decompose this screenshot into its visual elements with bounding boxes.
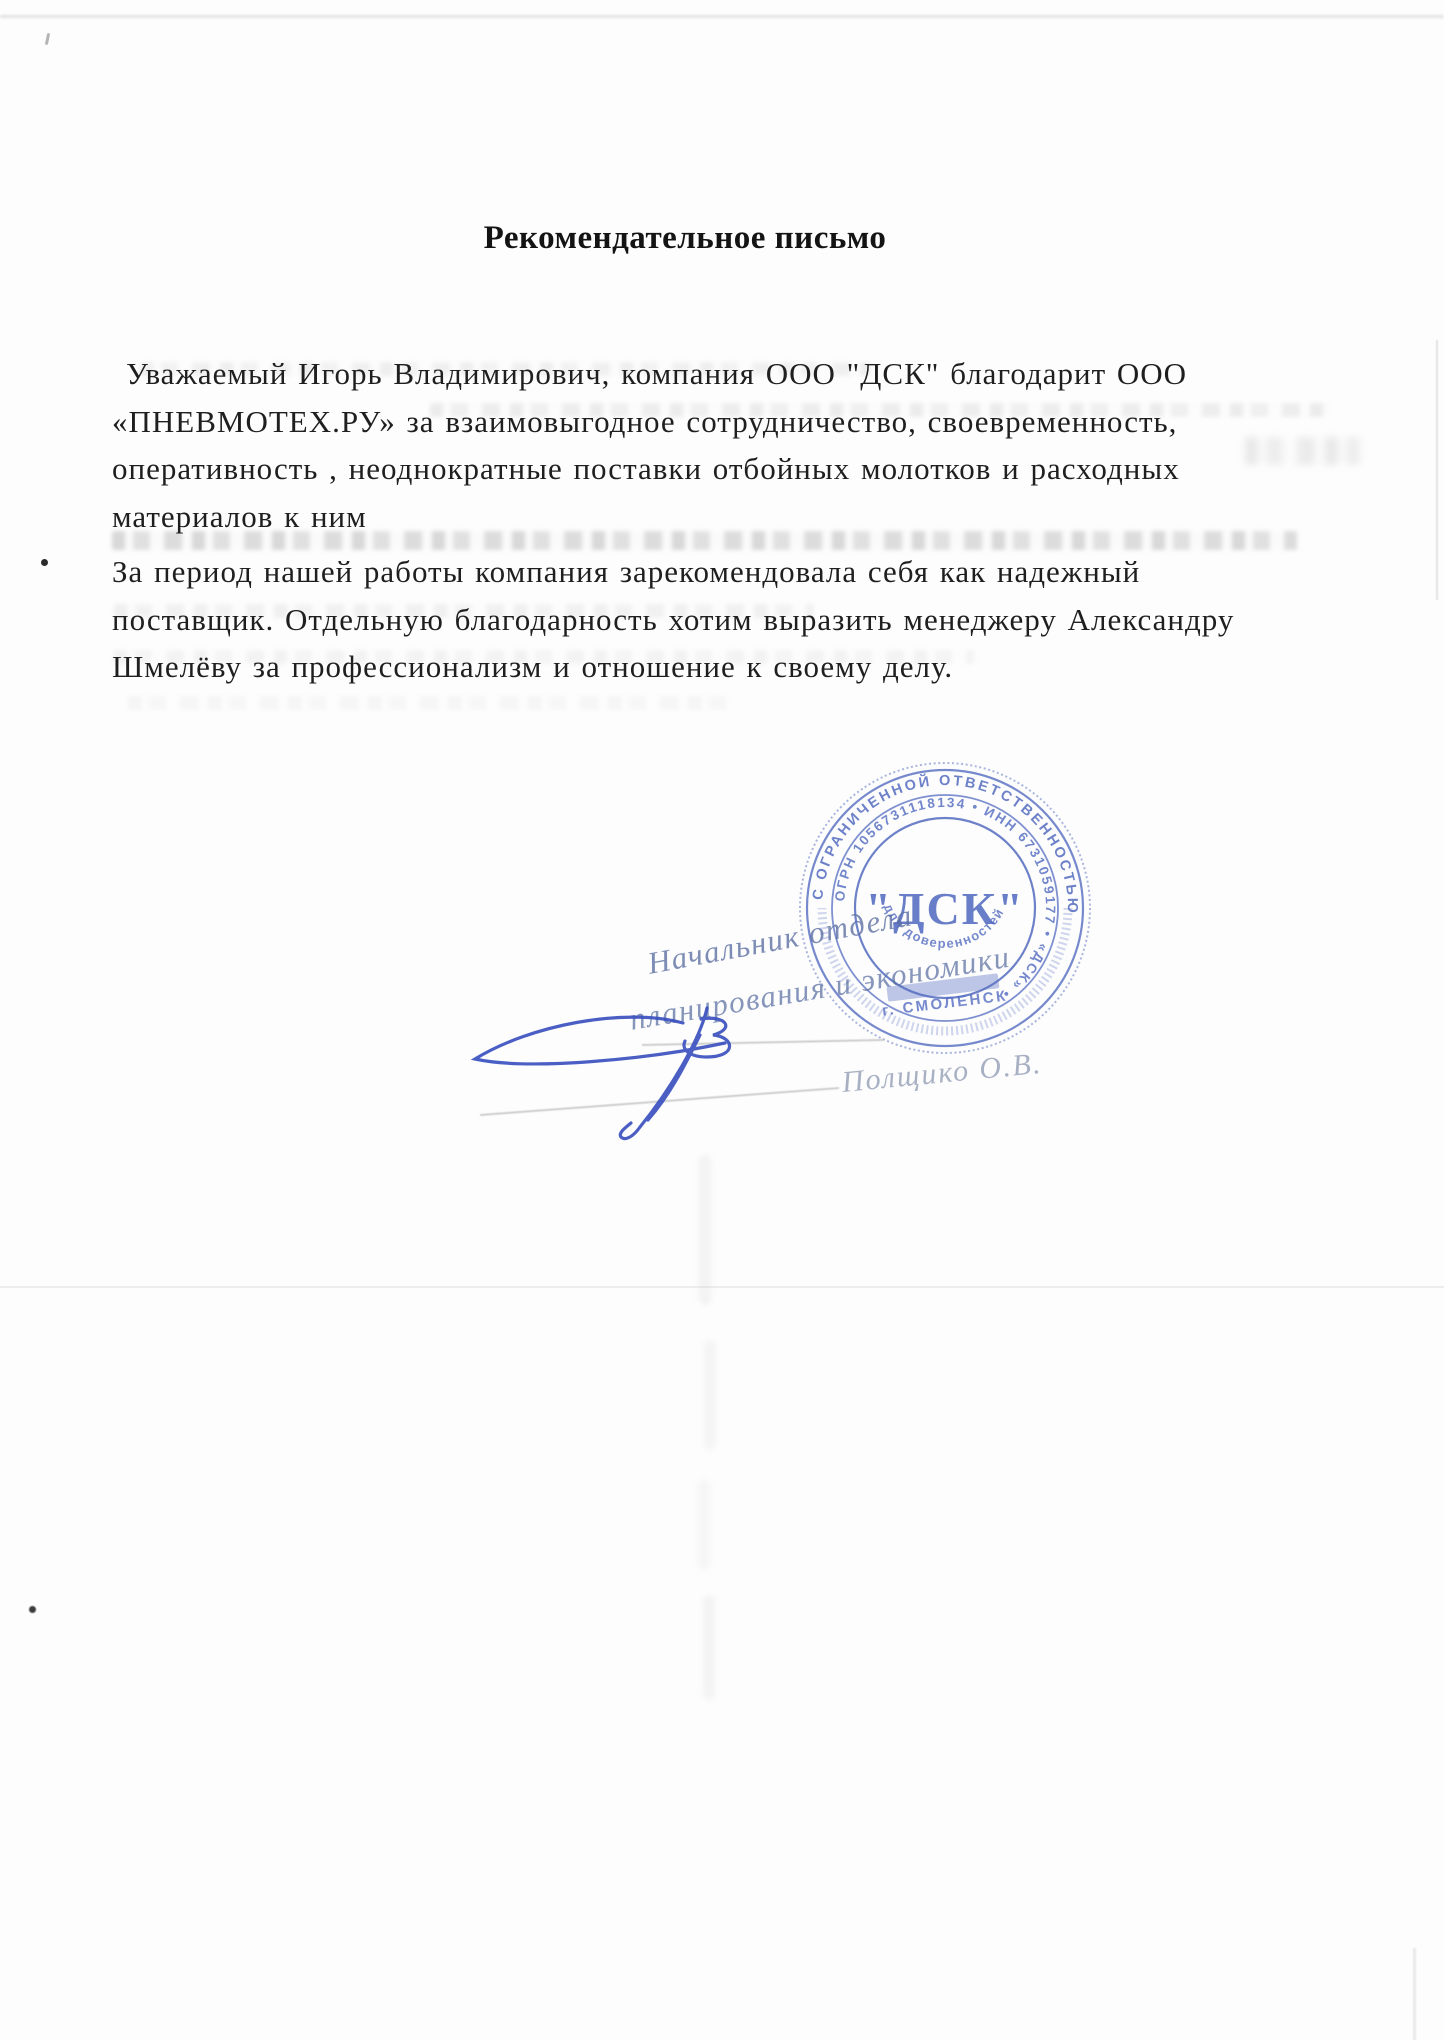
scan-artifact-ink-mark <box>45 33 50 45</box>
paragraph-line: оперативность , неоднократные поставки о… <box>112 451 1332 499</box>
scan-artifact-ink-dot <box>29 1606 36 1613</box>
document-page: Рекомендательное письмо Уважаемый Игорь … <box>0 0 1444 2040</box>
scan-artifact-horizontal-line <box>0 1286 1444 1288</box>
paragraph-line: Уважаемый Игорь Владимирович, компания О… <box>112 356 1332 404</box>
scan-artifact-streak <box>704 1340 716 1450</box>
scan-artifact-streak <box>698 1480 710 1570</box>
scan-artifact-streak <box>703 1595 715 1700</box>
letter-title: Рекомендательное письмо <box>420 220 950 257</box>
scan-artifact-ghost-text <box>128 696 728 710</box>
scan-artifact-edge-line <box>1413 1948 1416 2040</box>
handwritten-signature <box>435 985 765 1165</box>
letter-paragraph-1: Уважаемый Игорь Владимирович, компания О… <box>112 356 1332 546</box>
scan-artifact-top-line <box>0 15 1444 18</box>
paragraph-line: поставщик. Отдельную благодарность хотим… <box>112 602 1332 650</box>
company-stamp: С ОГРАНИЧЕННОЙ ОТВЕТСТВЕННОСТЬЮ ОГРН 105… <box>795 758 1095 1058</box>
scan-artifact-edge-line <box>1436 340 1438 600</box>
paragraph-line: Шмелёву за профессионализм и отношение к… <box>112 649 1332 697</box>
scan-artifact-ink-dot <box>41 559 48 566</box>
letter-paragraph-2: За период нашей работы компания зарекоме… <box>112 554 1332 697</box>
paragraph-line: материалов к ним <box>112 499 1332 547</box>
scan-artifact-streak <box>699 1155 711 1305</box>
paragraph-line: За период нашей работы компания зарекоме… <box>112 554 1332 602</box>
paragraph-line: «ПНЕВМОТЕХ.РУ» за взаимовыгодное сотрудн… <box>112 404 1332 452</box>
